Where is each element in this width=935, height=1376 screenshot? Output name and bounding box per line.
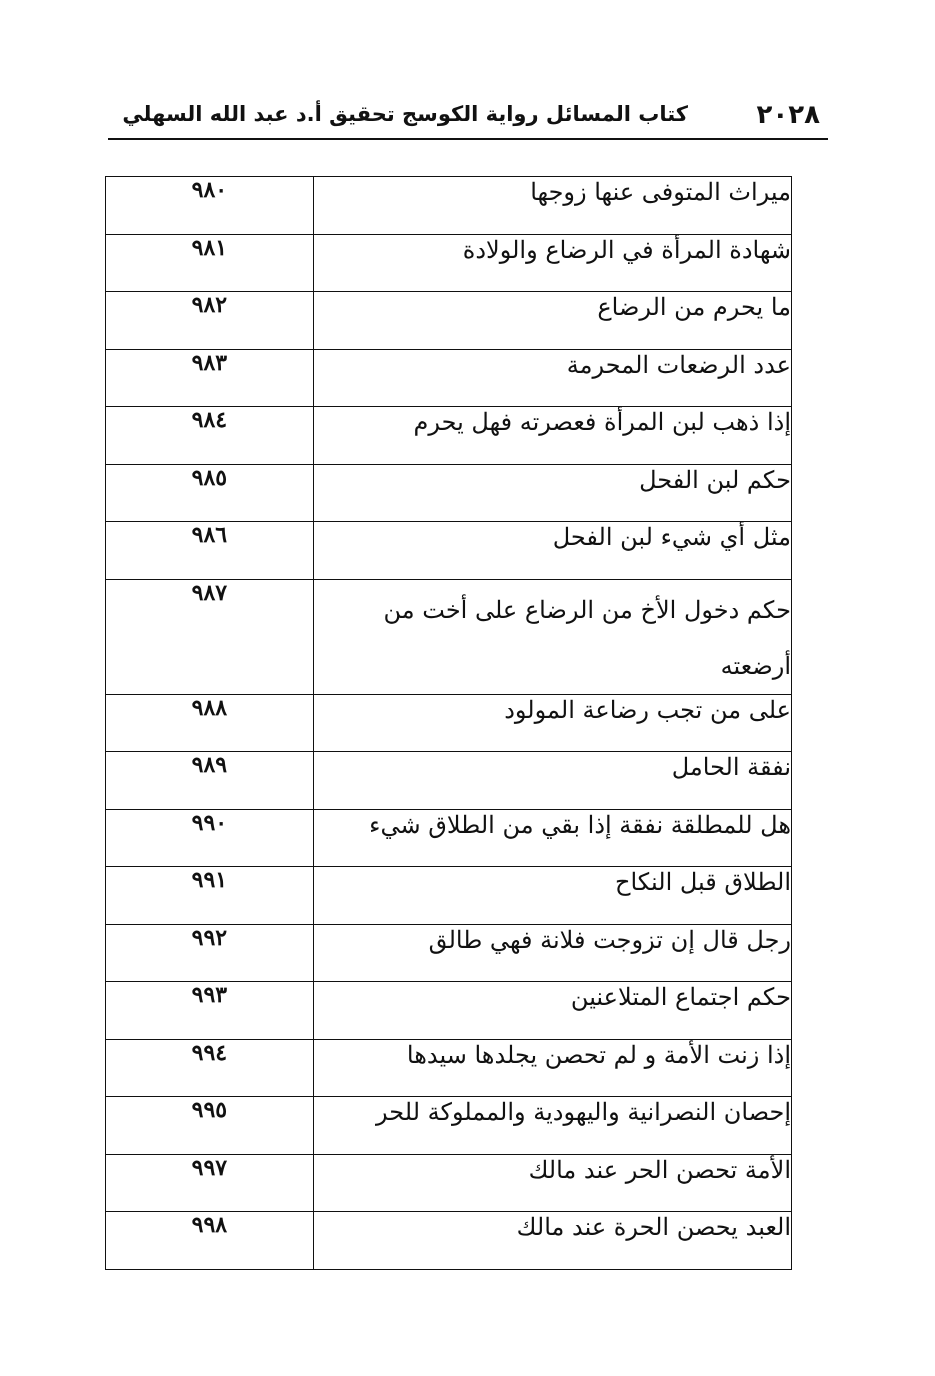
topic-cell: إحصان النصرانية واليهودية والمملوكة للحر xyxy=(313,1097,791,1155)
page-number-cell: ٩٨٧ xyxy=(106,579,314,694)
page-number-cell: ٩٨٦ xyxy=(106,522,314,580)
topic-cell: مثل أي شيء لبن الفحل xyxy=(313,522,791,580)
page-header: ٢٠٢٨ كتاب المسائل رواية الكوسج تحقيق أ.د… xyxy=(108,96,828,136)
table-row: نفقة الحامل٩٨٩ xyxy=(106,752,792,810)
page-number-cell: ٩٩١ xyxy=(106,867,314,925)
page-number: ٢٠٢٨ xyxy=(757,100,820,130)
topic-cell: حكم اجتماع المتلاعنين xyxy=(313,982,791,1040)
page-number-cell: ٩٨٢ xyxy=(106,292,314,350)
table-row: مثل أي شيء لبن الفحل٩٨٦ xyxy=(106,522,792,580)
table-row: إذا زنت الأمة و لم تحصن يجلدها سيدها٩٩٤ xyxy=(106,1039,792,1097)
topic-cell: شهادة المرأة في الرضاع والولادة xyxy=(313,234,791,292)
page-number-cell: ٩٨٤ xyxy=(106,407,314,465)
topic-cell: نفقة الحامل xyxy=(313,752,791,810)
table-row: الأمة تحصن الحر عند مالك٩٩٧ xyxy=(106,1154,792,1212)
topic-cell: رجل قال إن تزوجت فلانة فهي طالق xyxy=(313,924,791,982)
page-number-cell: ٩٨٠ xyxy=(106,177,314,235)
table-row: على من تجب رضاعة المولود٩٨٨ xyxy=(106,694,792,752)
topic-cell: هل للمطلقة نفقة إذا بقي من الطلاق شيء xyxy=(313,809,791,867)
table-row: العبد يحصن الحرة عند مالك٩٩٨ xyxy=(106,1212,792,1270)
page-number-cell: ٩٩٠ xyxy=(106,809,314,867)
topic-cell: إذا زنت الأمة و لم تحصن يجلدها سيدها xyxy=(313,1039,791,1097)
table-row: ما يحرم من الرضاع٩٨٢ xyxy=(106,292,792,350)
table-row: إحصان النصرانية واليهودية والمملوكة للحر… xyxy=(106,1097,792,1155)
topic-cell: الطلاق قبل النكاح xyxy=(313,867,791,925)
running-title: كتاب المسائل رواية الكوسج تحقيق أ.د عبد … xyxy=(122,102,688,126)
page-number-cell: ٩٩٨ xyxy=(106,1212,314,1270)
topic-cell: إذا ذهب لبن المرأة فعصرته فهل يحرم xyxy=(313,407,791,465)
topic-cell: ما يحرم من الرضاع xyxy=(313,292,791,350)
topic-cell: العبد يحصن الحرة عند مالك xyxy=(313,1212,791,1270)
header-rule xyxy=(108,138,828,140)
table-row: ميراث المتوفى عنها زوجها٩٨٠ xyxy=(106,177,792,235)
table-row: حكم لبن الفحل٩٨٥ xyxy=(106,464,792,522)
topic-cell: حكم دخول الأخ من الرضاع على أخت من أرضعت… xyxy=(313,579,791,694)
topic-cell: ميراث المتوفى عنها زوجها xyxy=(313,177,791,235)
topic-cell: حكم لبن الفحل xyxy=(313,464,791,522)
page-number-cell: ٩٩٣ xyxy=(106,982,314,1040)
table-row: حكم دخول الأخ من الرضاع على أخت من أرضعت… xyxy=(106,579,792,694)
page-number-cell: ٩٨٥ xyxy=(106,464,314,522)
page-number-cell: ٩٩٤ xyxy=(106,1039,314,1097)
topic-cell: عدد الرضعات المحرمة xyxy=(313,349,791,407)
table-row: الطلاق قبل النكاح٩٩١ xyxy=(106,867,792,925)
index-table: ميراث المتوفى عنها زوجها٩٨٠شهادة المرأة … xyxy=(105,176,792,1270)
page-number-cell: ٩٨٣ xyxy=(106,349,314,407)
page-number-cell: ٩٩٢ xyxy=(106,924,314,982)
table-row: هل للمطلقة نفقة إذا بقي من الطلاق شيء٩٩٠ xyxy=(106,809,792,867)
topic-cell: على من تجب رضاعة المولود xyxy=(313,694,791,752)
table-row: شهادة المرأة في الرضاع والولادة٩٨١ xyxy=(106,234,792,292)
table-row: إذا ذهب لبن المرأة فعصرته فهل يحرم٩٨٤ xyxy=(106,407,792,465)
page-number-cell: ٩٨٨ xyxy=(106,694,314,752)
table-row: رجل قال إن تزوجت فلانة فهي طالق٩٩٢ xyxy=(106,924,792,982)
page-number-cell: ٩٨١ xyxy=(106,234,314,292)
page-number-cell: ٩٩٧ xyxy=(106,1154,314,1212)
topic-cell: الأمة تحصن الحر عند مالك xyxy=(313,1154,791,1212)
table-row: عدد الرضعات المحرمة٩٨٣ xyxy=(106,349,792,407)
page-number-cell: ٩٩٥ xyxy=(106,1097,314,1155)
page-number-cell: ٩٨٩ xyxy=(106,752,314,810)
table-row: حكم اجتماع المتلاعنين٩٩٣ xyxy=(106,982,792,1040)
